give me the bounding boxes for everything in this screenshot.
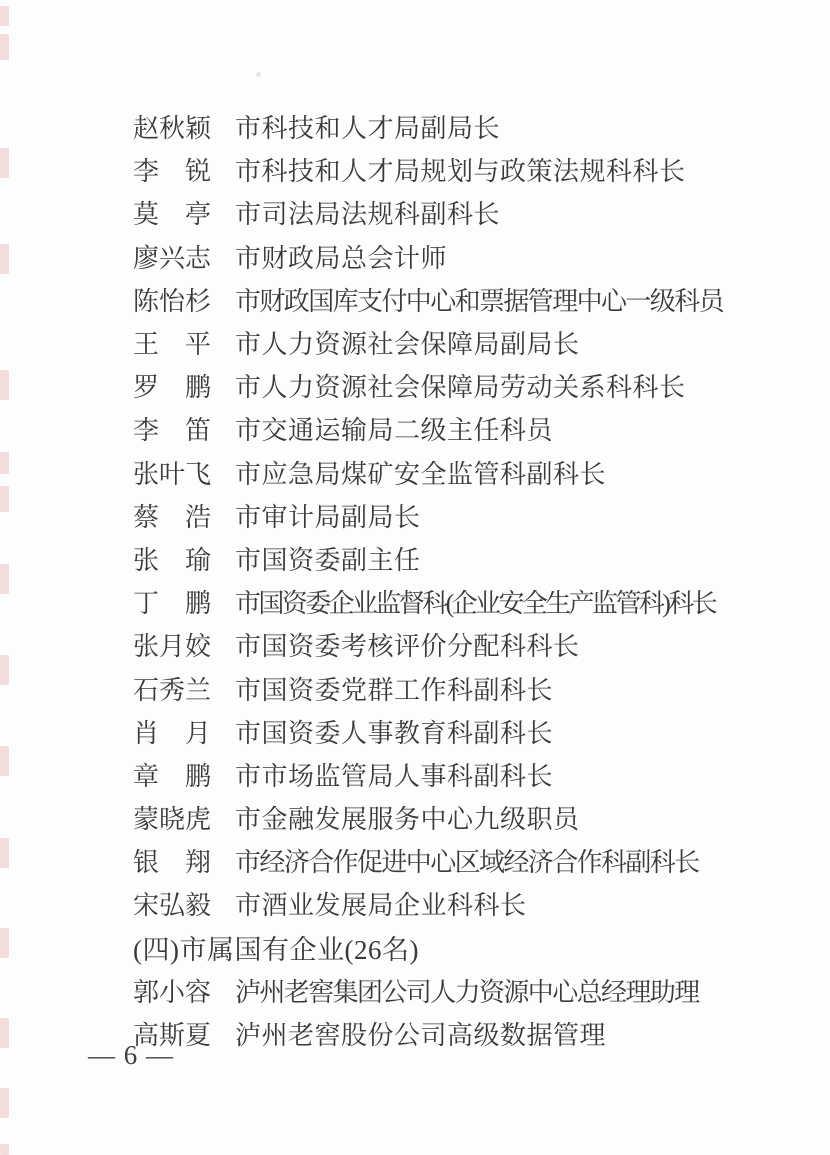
roster-row: 张月姣 市国资委考核评价分配科科长 (133, 623, 793, 666)
person-position: 市国资委党群工作科副科长 (235, 670, 553, 707)
person-name: 张月姣 (133, 626, 212, 663)
person-position: 市科技和人才局规划与政策法规科科长 (235, 151, 686, 188)
person-position: 泸州老窖集团公司人力资源中心总经理助理 (235, 972, 699, 1009)
person-position: 市人力资源社会保障局劳动关系科科长 (235, 367, 686, 404)
person-name: 郭小容 (133, 972, 212, 1009)
person-position: 泸州老窖股份公司高级数据管理 (235, 1015, 606, 1052)
scan-edge-mark (0, 370, 9, 400)
scan-edge-mark (0, 655, 9, 685)
person-name: 赵秋颖 (133, 108, 212, 145)
person-position: 市国资委考核评价分配科科长 (235, 626, 580, 663)
roster-row: 陈怡杉 市财政国库支付中心和票据管理中心一级科员 (133, 278, 793, 321)
person-position: 市人力资源社会保障局副局长 (235, 324, 580, 361)
scan-edge-mark (0, 928, 9, 958)
section-heading: (四)市属国有企业(26名) (133, 928, 419, 967)
scan-edge-mark (0, 838, 9, 868)
scan-edge-mark (0, 1018, 9, 1048)
person-position: 市财政国库支付中心和票据管理中心一级科员 (235, 281, 723, 318)
person-position: 市国资委人事教育科副科长 (235, 713, 553, 750)
person-name: 蒙晓虎 (133, 799, 212, 836)
scan-edge-mark (0, 746, 9, 776)
roster-row: 罗 鹏 市人力资源社会保障局劳动关系科科长 (133, 364, 793, 407)
person-name: 石秀兰 (133, 670, 212, 707)
person-name: 银 翔 (133, 842, 212, 879)
page-number: — 6 — (88, 1040, 174, 1071)
roster-list: 赵秋颖 市科技和人才局副局长 李 锐 市科技和人才局规划与政策法规科科长 莫 亭… (133, 105, 793, 1055)
person-position: 市财政局总会计师 (235, 238, 447, 275)
person-name: 宋弘毅 (133, 885, 212, 922)
person-position: 市国资委副主任 (235, 540, 421, 577)
scan-edge-mark (0, 148, 9, 178)
person-name: 罗 鹏 (133, 367, 212, 404)
scan-edge-mark (0, 6, 9, 26)
roster-row: 肖 月 市国资委人事教育科副科长 (133, 710, 793, 753)
roster-row: 赵秋颖 市科技和人才局副局长 (133, 105, 793, 148)
roster-row: 蒙晓虎 市金融发展服务中心九级职员 (133, 796, 793, 839)
scan-edge-mark (0, 1088, 9, 1118)
roster-row: 张叶飞 市应急局煤矿安全监管科副科长 (133, 451, 793, 494)
person-name: 李 锐 (133, 151, 212, 188)
person-name: 廖兴志 (133, 238, 212, 275)
scan-edge-artifacts (0, 0, 14, 1155)
scan-edge-mark (0, 564, 9, 594)
roster-row: 张 瑜 市国资委副主任 (133, 537, 793, 580)
scan-edge-mark (0, 244, 9, 274)
roster-row: 廖兴志 市财政局总会计师 (133, 235, 793, 278)
person-position: 市审计局副局长 (235, 497, 421, 534)
roster-row: 郭小容 泸州老窖集团公司人力资源中心总经理助理 (133, 969, 793, 1012)
person-position: 市国资委企业监督科(企业安全生产监管科)科长 (235, 583, 715, 620)
person-position: 市市场监管局人事科副科长 (235, 756, 553, 793)
scan-edge-mark (0, 34, 9, 60)
person-name: 李 笛 (133, 410, 212, 447)
roster-row: 李 锐 市科技和人才局规划与政策法规科科长 (133, 148, 793, 191)
roster-row: 高斯夏 泸州老窖股份公司高级数据管理 (133, 1012, 793, 1055)
person-name: 丁 鹏 (133, 583, 212, 620)
roster-row: 宋弘毅 市酒业发展局企业科科长 (133, 882, 793, 925)
roster-row: 蔡 浩 市审计局副局长 (133, 494, 793, 537)
scan-edge-mark (0, 452, 9, 474)
scan-edge-mark (0, 486, 9, 512)
roster-row: 章 鹏 市市场监管局人事科副科长 (133, 753, 793, 796)
roster-row: 石秀兰 市国资委党群工作科副科长 (133, 666, 793, 709)
person-name: 章 鹏 (133, 756, 212, 793)
person-name: 张 瑜 (133, 540, 212, 577)
scan-edge-mark (0, 1144, 9, 1155)
person-name: 张叶飞 (133, 454, 212, 491)
person-name: 蔡 浩 (133, 497, 212, 534)
person-name: 莫 亭 (133, 194, 212, 231)
person-name: 肖 月 (133, 713, 212, 750)
roster-row: 银 翔 市经济合作促进中心区域经济合作科副科长 (133, 839, 793, 882)
person-position: 市司法局法规科副科长 (235, 194, 500, 231)
person-position: 市科技和人才局副局长 (235, 108, 500, 145)
person-position: 市应急局煤矿安全监管科副科长 (235, 454, 606, 491)
roster-row: 莫 亭 市司法局法规科副科长 (133, 191, 793, 234)
person-position: 市金融发展服务中心九级职员 (235, 799, 580, 836)
person-position: 市经济合作促进中心区域经济合作科副科长 (235, 842, 699, 879)
person-name: 陈怡杉 (133, 281, 212, 318)
person-position: 市酒业发展局企业科科长 (235, 885, 527, 922)
document-page: 赵秋颖 市科技和人才局副局长 李 锐 市科技和人才局规划与政策法规科科长 莫 亭… (0, 0, 830, 1155)
roster-section-row: (四)市属国有企业(26名) (133, 926, 793, 969)
person-name: 王 平 (133, 324, 212, 361)
scan-speck (256, 72, 261, 77)
roster-row: 李 笛 市交通运输局二级主任科员 (133, 407, 793, 450)
roster-row: 丁 鹏 市国资委企业监督科(企业安全生产监管科)科长 (133, 580, 793, 623)
person-position: 市交通运输局二级主任科员 (235, 410, 553, 447)
roster-row: 王 平 市人力资源社会保障局副局长 (133, 321, 793, 364)
